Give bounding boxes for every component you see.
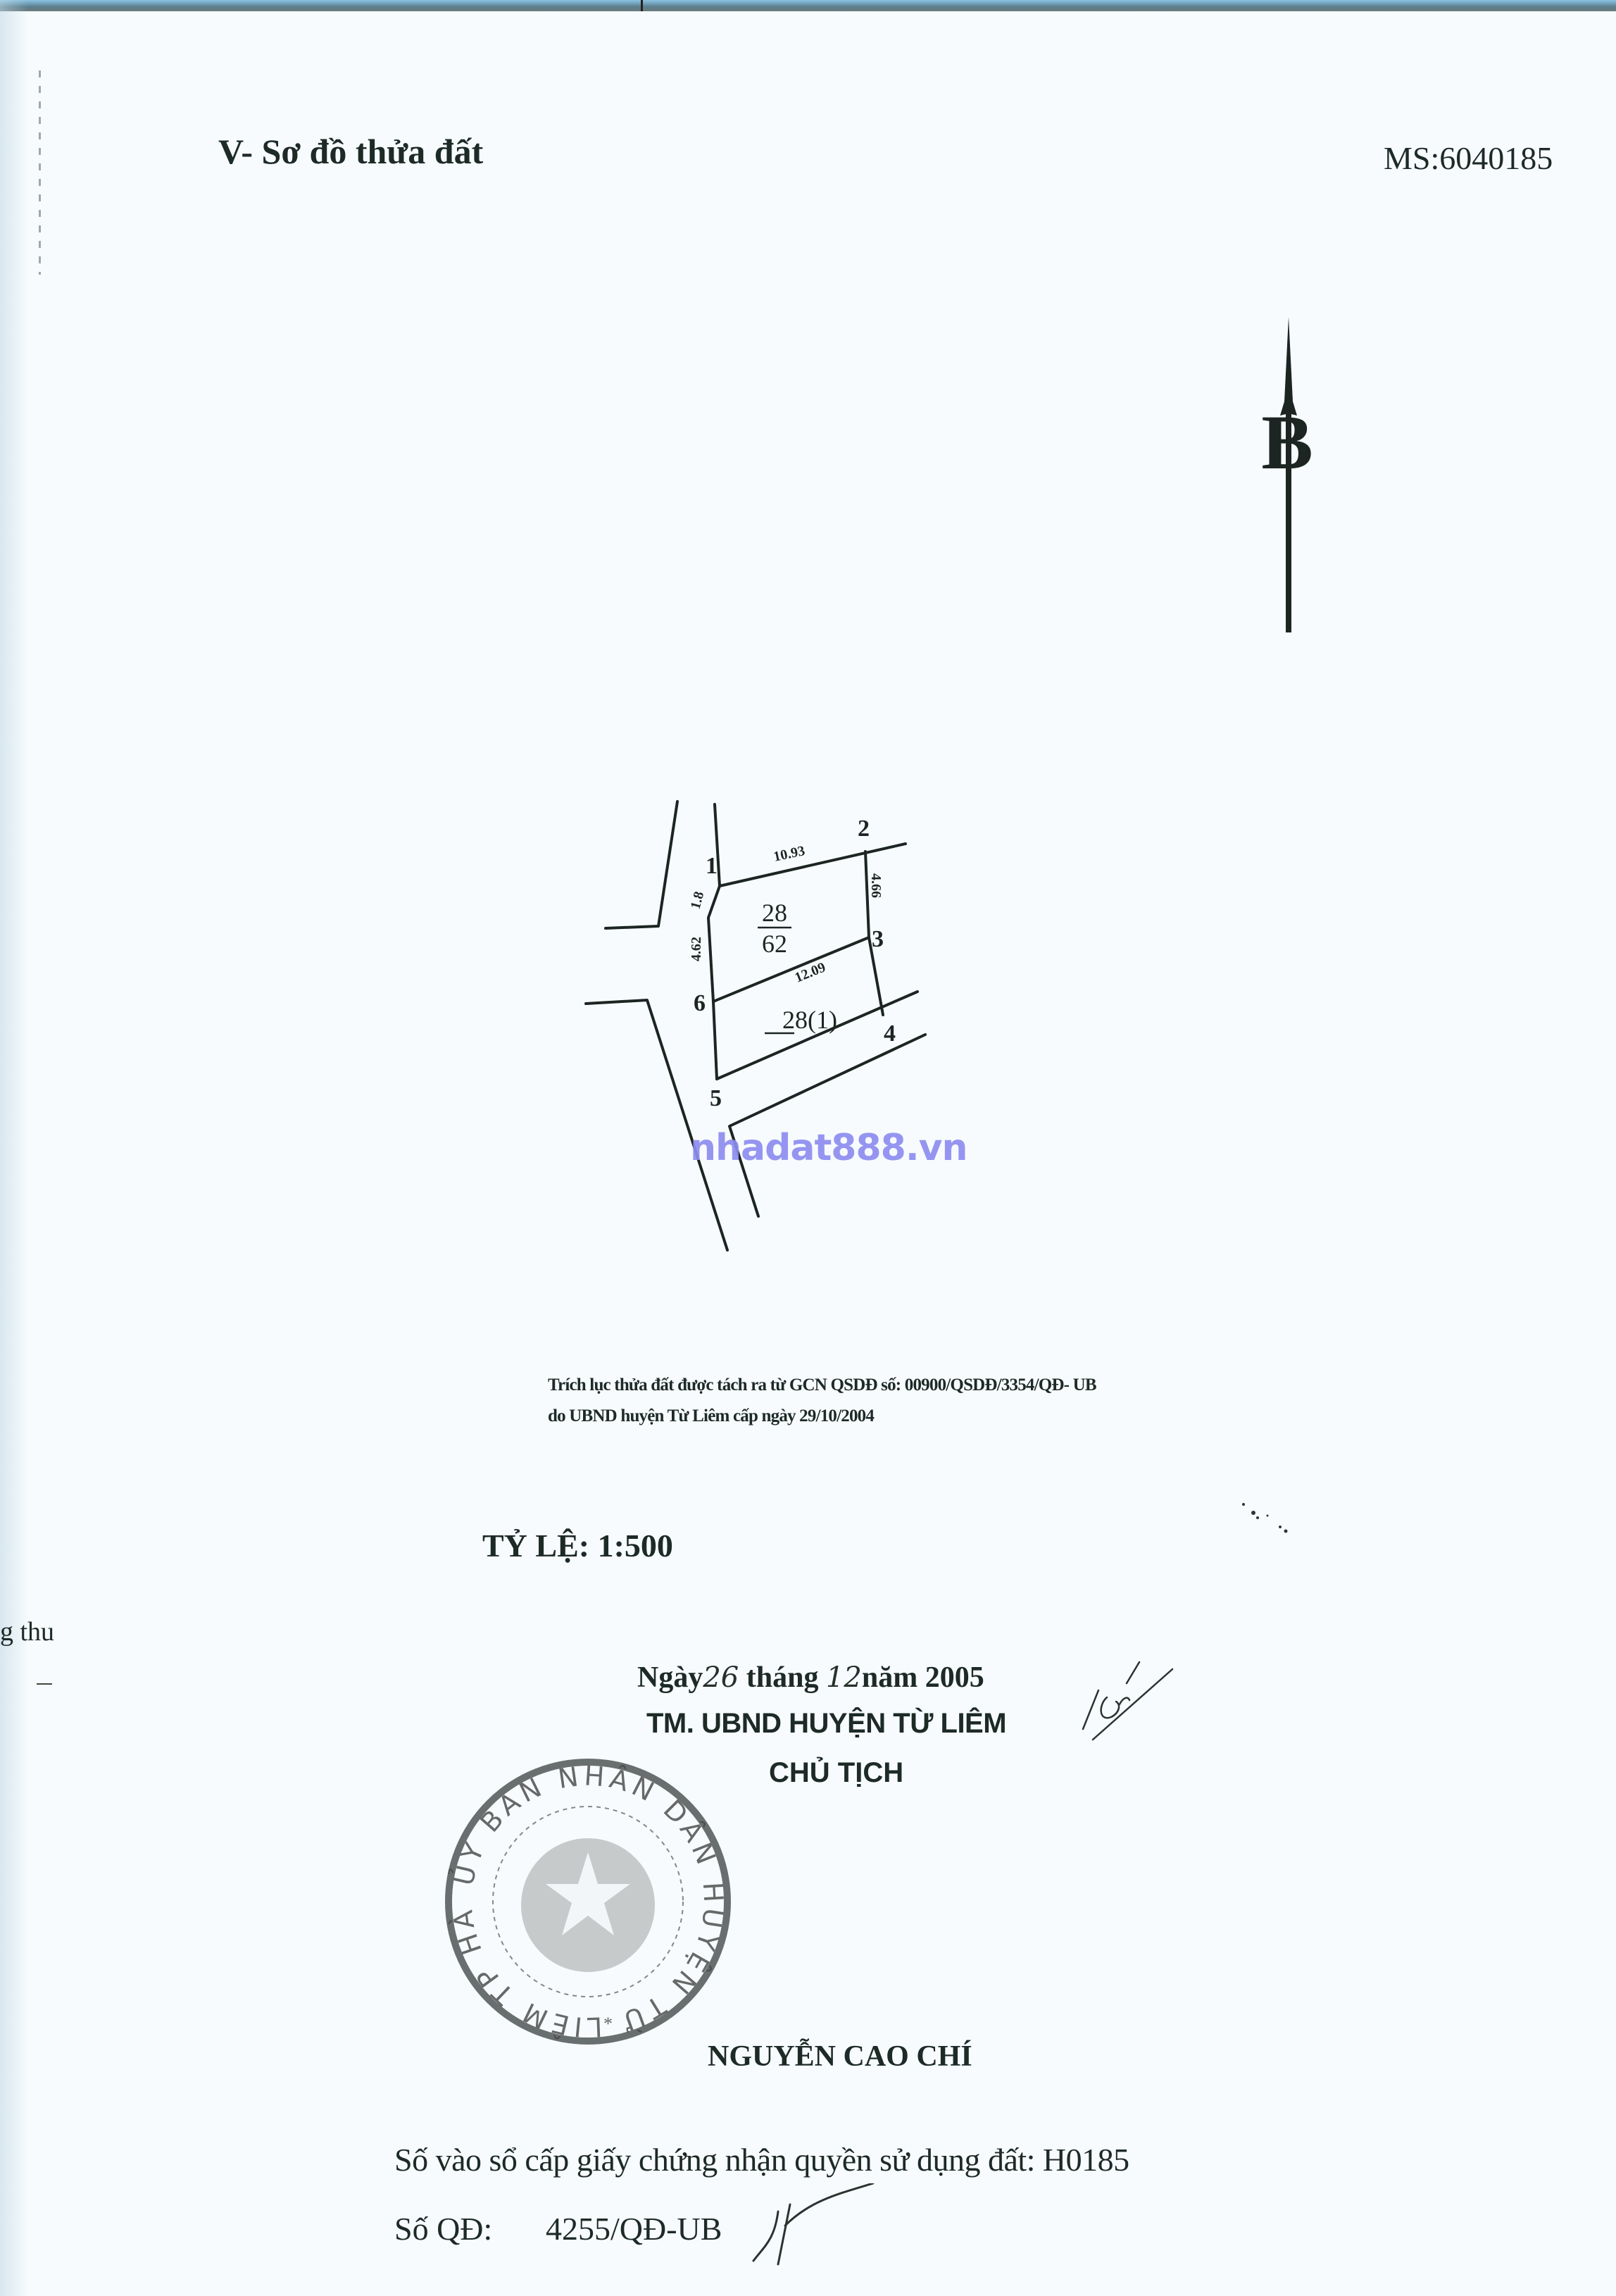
- parcel-number: 28: [762, 899, 787, 927]
- point-label-4: 4: [884, 1021, 896, 1047]
- adjacent-page-mark: [37, 1683, 52, 1685]
- north-label: B: [1261, 399, 1313, 485]
- extract-note-line2: do UBND huyện Từ Liêm cấp ngày 29/10/200…: [548, 1401, 1096, 1432]
- scan-edge-top: [0, 0, 1616, 11]
- signature-date: Ngày26 tháng 12năm 2005: [637, 1661, 984, 1695]
- page-fold-shadow: [0, 0, 28, 2296]
- date-month-label: tháng: [746, 1661, 819, 1694]
- extract-note-line1: Trích lục thửa đất được tách ra từ GCN Q…: [548, 1370, 1096, 1401]
- official-seal-icon: ỦY BAN NHÂN DÂN HUYỆN TỪ LIÊM TP HÀ NỘI …: [440, 1754, 736, 2049]
- issuing-authority: TM. UBND HUYỆN TỪ LIÊM: [646, 1708, 1006, 1740]
- registration-book-number: Số vào sổ cấp giấy chứng nhận quyền sử d…: [394, 2141, 1129, 2178]
- edge-length-3-6: 12.09: [793, 959, 828, 985]
- point-label-6: 6: [694, 990, 706, 1016]
- point-label-5: 5: [710, 1085, 722, 1111]
- watermark: nhadat888.vn: [690, 1127, 967, 1169]
- point-label-3: 3: [872, 926, 884, 952]
- margin-dashed-line: [39, 70, 41, 275]
- edge-length-1-2: 10.93: [772, 843, 806, 865]
- parcel-diagram: 1 2 3 4 5 6 10.93 4.66 12.09 4.62 1.8 28…: [577, 789, 1113, 1282]
- point-label-2: 2: [858, 816, 870, 842]
- parcel-sub-number: 28(1): [782, 1006, 837, 1034]
- signer-position: CHỦ TỊCH: [769, 1757, 903, 1789]
- edge-length-1-bend: 1.8: [688, 890, 708, 911]
- date-day: 26: [703, 1661, 739, 1694]
- section-title: V- Sơ đồ thửa đất: [218, 131, 483, 172]
- date-month: 12: [826, 1661, 862, 1694]
- date-year: năm 2005: [862, 1661, 984, 1694]
- signer-name: NGUYỄN CAO CHÍ: [708, 2040, 972, 2073]
- initials-mark: [746, 2183, 887, 2268]
- edge-length-2-3: 4.66: [868, 873, 884, 898]
- decision-number: 4255/QĐ-UB: [546, 2210, 722, 2247]
- adjacent-page-fragment: g thu: [0, 1616, 54, 1647]
- signature-mark: [1077, 1655, 1176, 1754]
- svg-text:*: *: [603, 2014, 613, 2034]
- point-label-1: 1: [706, 853, 718, 879]
- decision-label: Số QĐ:: [394, 2210, 492, 2247]
- north-arrow-icon: B: [1225, 310, 1352, 641]
- scan-specks: [1239, 1500, 1303, 1535]
- parcel-area: 62: [762, 930, 787, 958]
- date-prefix: Ngày: [637, 1661, 703, 1694]
- extract-note: Trích lục thửa đất được tách ra từ GCN Q…: [548, 1370, 1096, 1432]
- scan-edge-mark: [641, 0, 643, 11]
- map-scale: TỶ LỆ: 1:500: [482, 1527, 673, 1564]
- ms-code: MS:6040185: [1384, 139, 1553, 177]
- edge-length-6-1: 4.62: [689, 937, 704, 961]
